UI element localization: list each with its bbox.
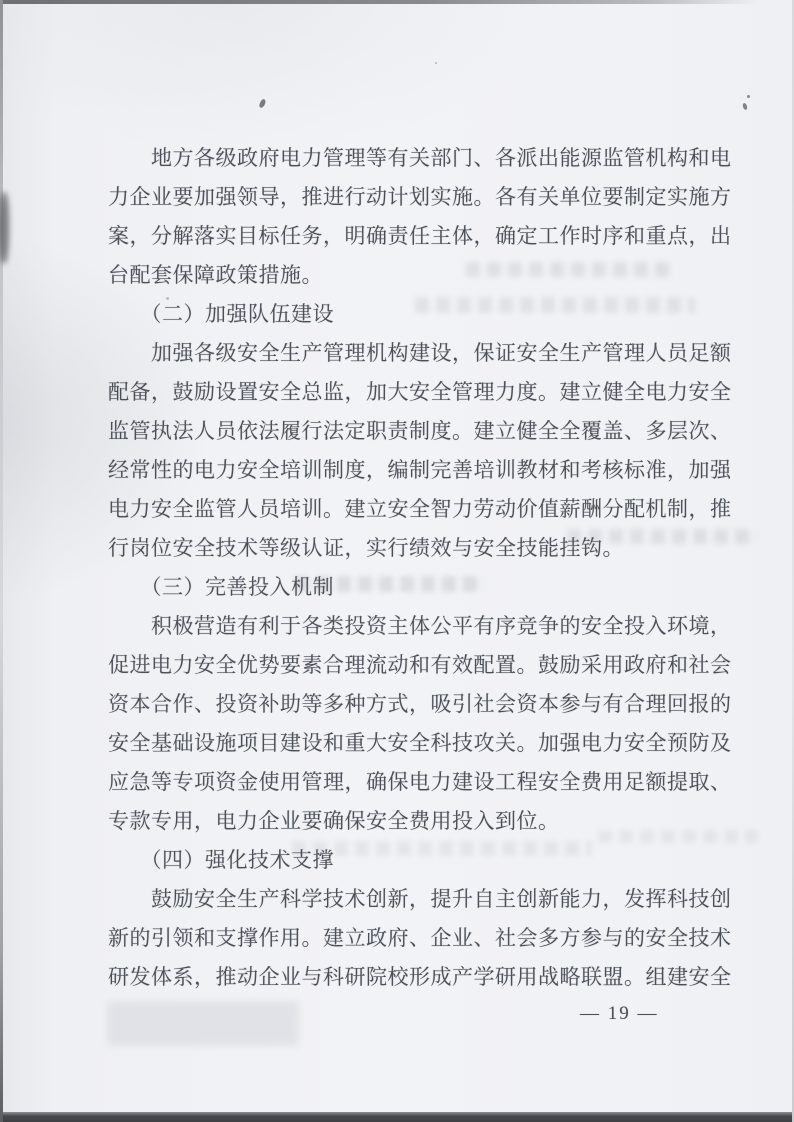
text-line: 研发体系，推动企业与科研院校形成产学研用战略联盟。组建安全 — [108, 958, 756, 997]
scanned-page: 地方各级政府电力管理等有关部门、各派出能源监管机构和电 力企业要加强领导，推进行… — [0, 0, 794, 1122]
paragraph-technical-support: 鼓励安全生产科学技术创新，提升自主创新能力，发挥科技创 新的引领和支撑作用。建立… — [108, 880, 756, 997]
text-line: 行岗位安全技术等级认证，实行绩效与安全技能挂钩。 — [108, 529, 756, 568]
paragraph-team-building: 加强各级安全生产管理机构建设，保证安全生产管理人员足额 配备，鼓励设置安全总监，… — [108, 334, 756, 568]
text-line: 电力安全监管人员培训。建立安全智力劳动价值薪酬分配机制，推 — [108, 490, 756, 529]
heading-section-4: （四）强化技术支撑 — [108, 841, 756, 880]
text-line: 监管执法人员依法履行法定职责制度。建立健全全覆盖、多层次、 — [108, 412, 756, 451]
heading-section-2: （二）加强队伍建设 — [108, 295, 756, 334]
text-line: 力企业要加强领导，推进行动计划实施。各有关单位要制定实施方 — [108, 178, 756, 217]
text-line: 加强各级安全生产管理机构建设，保证安全生产管理人员足额 — [108, 334, 756, 373]
ink-speck — [747, 95, 750, 98]
page-number: — 19 — — [580, 1003, 659, 1025]
ink-speck — [742, 103, 748, 111]
text-line: 促进电力安全优势要素合理流动和有效配置。鼓励采用政府和社会 — [108, 646, 756, 685]
ink-speck — [435, 62, 437, 64]
paragraph-investment-mechanism: 积极营造有利于各类投资主体公平有序竞争的安全投入环境， 促进电力安全优势要素合理… — [108, 607, 756, 841]
section-heading-line: （四）强化技术支撑 — [108, 841, 756, 880]
text-line: 鼓励安全生产科学技术创新，提升自主创新能力，发挥科技创 — [108, 880, 756, 919]
section-heading-line: （二）加强队伍建设 — [108, 295, 756, 334]
ink-speck — [258, 98, 267, 108]
text-line: 台配套保障政策措施。 — [108, 256, 756, 295]
document-body: 地方各级政府电力管理等有关部门、各派出能源监管机构和电 力企业要加强领导，推进行… — [108, 139, 756, 997]
text-line: 经常性的电力安全培训制度，编制完善培训教材和考核标准，加强 — [108, 451, 756, 490]
text-line: 专款专用，电力企业要确保安全费用投入到位。 — [108, 802, 756, 841]
text-line: 新的引领和支撑作用。建立政府、企业、社会多方参与的安全技术 — [108, 919, 756, 958]
text-line: 地方各级政府电力管理等有关部门、各派出能源监管机构和电 — [108, 139, 756, 178]
text-line: 应急等专项资金使用管理，确保电力建设工程安全费用足额提取、 — [108, 763, 756, 802]
text-line: 案，分解落实目标任务，明确责任主体，确定工作时序和重点，出 — [108, 217, 756, 256]
scan-shadow-blob — [0, 192, 9, 264]
scan-edge-bottom — [0, 1112, 794, 1122]
text-line: 积极营造有利于各类投资主体公平有序竞争的安全投入环境， — [108, 607, 756, 646]
scan-edge-top — [0, 0, 760, 4]
paragraph-implementation: 地方各级政府电力管理等有关部门、各派出能源监管机构和电 力企业要加强领导，推进行… — [108, 139, 756, 295]
text-line: 配备，鼓励设置安全总监，加大安全管理力度。建立健全电力安全 — [108, 373, 756, 412]
text-line: 安全基础设施项目建设和重大安全科技攻关。加强电力安全预防及 — [108, 724, 756, 763]
section-heading-line: （三）完善投入机制 — [108, 568, 756, 607]
heading-section-3: （三）完善投入机制 — [108, 568, 756, 607]
scan-edge-left — [0, 0, 3, 1122]
text-line: 资本合作、投资补助等多种方式，吸引社会资本参与有合理回报的 — [108, 685, 756, 724]
bleed-through-block — [107, 1001, 299, 1046]
